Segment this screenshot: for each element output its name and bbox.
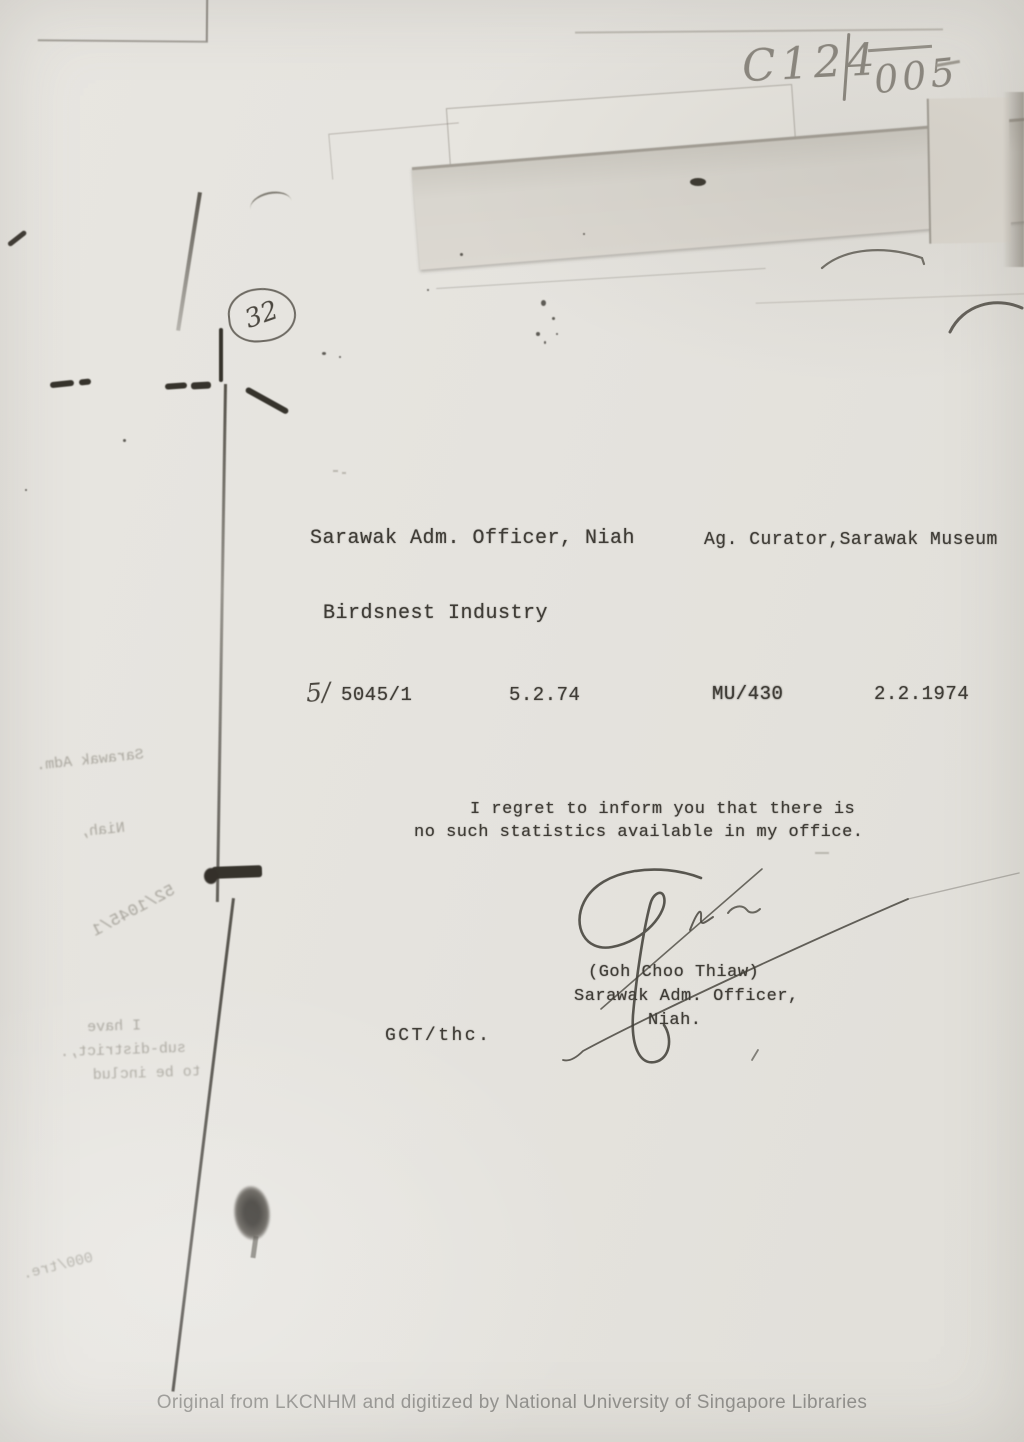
signature-strokes: [0, 0, 1024, 1442]
bleedthrough-block: I have sub-district,. to be includ: [0, 1012, 201, 1091]
digitization-caption: Original from LKCNHM and digitized by Na…: [0, 1392, 1024, 1414]
scanned-letter-page: C124 005 32: [0, 0, 1024, 1442]
